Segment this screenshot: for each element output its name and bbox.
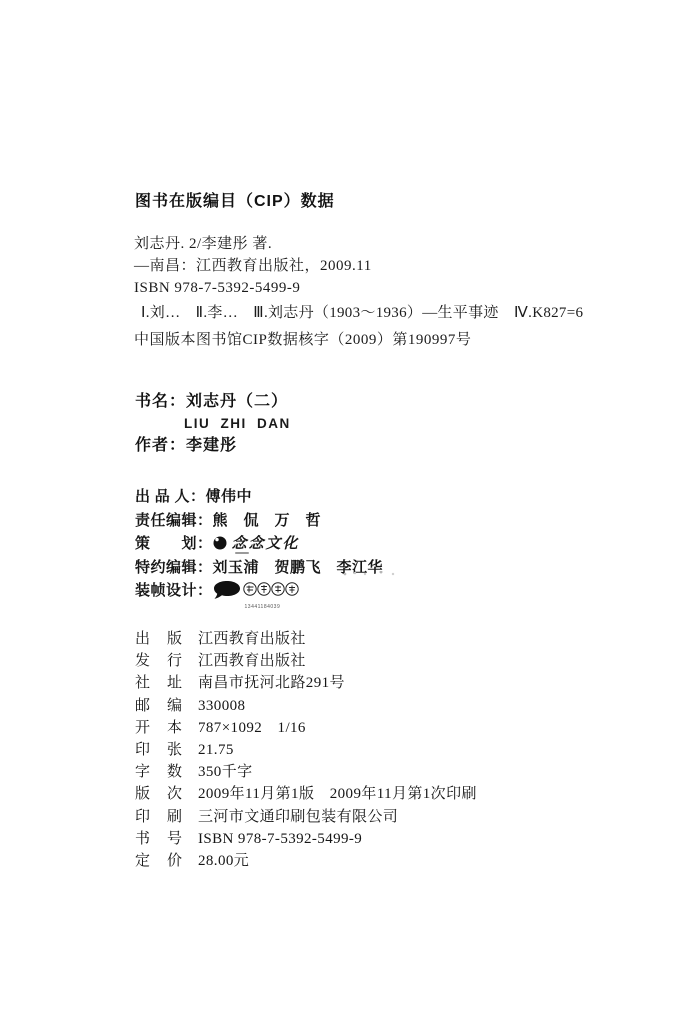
cip-record-number: 中国版本图书馆CIP数据核字（2009）第190997号 <box>134 328 471 349</box>
producer-label: 出 品 人： <box>135 489 206 505</box>
price-label: 定 价 <box>135 850 183 872</box>
tiny-illegible-mark <box>235 552 249 554</box>
publisher-label: 出 版 <box>135 628 183 650</box>
edition-value: 2009年11月第1版 2009年11月第1次印刷 <box>198 783 477 805</box>
address-row: 社 址南昌市抚河北路291号 <box>135 672 477 694</box>
contributing-editor-label: 特约编辑： <box>135 560 213 576</box>
cip-classification-line: Ⅰ.刘… Ⅱ.李… Ⅲ.刘志丹（1903～1936）—生平事迹 Ⅳ.K827=6 <box>141 301 583 322</box>
book-title: 刘志丹（二） <box>186 393 288 410</box>
editor-label: 责任编辑： <box>135 513 213 529</box>
author-row: 作者：李建彤 <box>135 434 291 457</box>
design-logo-digits: 13441184039 <box>245 596 281 620</box>
cip-header: 图书在版编目（CIP）数据 <box>135 188 335 211</box>
author-name: 李建彤 <box>186 437 237 454</box>
printer-row: 印 刷三河市文通印刷包装有限公司 <box>135 806 477 828</box>
design-label: 装帧设计： <box>135 583 213 599</box>
wordcount-row: 字 数350千字 <box>135 761 477 783</box>
distributor-value: 江西教育出版社 <box>198 650 306 672</box>
planner-logo-wrap: 念念文化 <box>213 533 300 557</box>
producer-name: 傅伟中 <box>206 489 253 505</box>
title-block: 书名：刘志丹（二） LIU ZHI DAN 作者：李建彤 <box>135 391 291 457</box>
sheets-row: 印 张21.75 <box>135 739 477 761</box>
isbn-label: 书 号 <box>135 828 183 850</box>
design-row: 装帧设计：13441184039 <box>135 580 383 604</box>
printer-label: 印 刷 <box>135 806 183 828</box>
editor-names: 熊 侃 万 哲 <box>213 513 322 529</box>
copyright-page: 图书在版编目（CIP）数据 刘志丹. 2/李建彤 著. —南昌：江西教育出版社，… <box>0 0 682 1024</box>
book-title-row: 书名：刘志丹（二） <box>135 391 291 413</box>
contributing-editor-row: 特约编辑：刘玉浦 贺鹏飞 李江华 <box>135 557 383 581</box>
format-value: 787×1092 1/16 <box>198 717 306 739</box>
printer-value: 三河市文通印刷包装有限公司 <box>198 806 398 828</box>
price-value: 28.00元 <box>198 850 249 872</box>
price-row: 定 价28.00元 <box>135 850 477 872</box>
planner-row: 策 划：念念文化 <box>135 533 383 557</box>
edition-row: 版 次2009年11月第1版 2009年11月第1次印刷 <box>135 783 477 805</box>
postcode-value: 330008 <box>198 695 245 717</box>
book-title-label: 书名： <box>135 393 186 410</box>
cip-description-block: 刘志丹. 2/李建彤 著. —南昌：江西教育出版社，2009.11 ISBN 9… <box>134 233 372 299</box>
sheets-value: 21.75 <box>198 739 234 761</box>
author-label: 作者： <box>135 437 186 454</box>
cip-publisher-line: —南昌：江西教育出版社，2009.11 <box>134 255 372 277</box>
design-studio-logo: 13441184039 <box>213 580 305 611</box>
isbn-value: ISBN 978-7-5392-5499-9 <box>198 828 362 850</box>
cip-isbn-line: ISBN 978-7-5392-5499-9 <box>134 277 372 299</box>
isbn-row: 书 号ISBN 978-7-5392-5499-9 <box>135 828 477 850</box>
planner-company-name: 念念文化 <box>232 536 300 552</box>
staff-block: 出 品 人：傅伟中 责任编辑：熊 侃 万 哲 策 划：念念文化 特约编辑：刘玉浦… <box>135 486 383 604</box>
edition-label: 版 次 <box>135 783 183 805</box>
format-row: 开 本787×1092 1/16 <box>135 717 477 739</box>
publisher-value: 江西教育出版社 <box>198 628 306 650</box>
address-value: 南昌市抚河北路291号 <box>198 672 345 694</box>
producer-row: 出 品 人：傅伟中 <box>135 486 383 510</box>
distributor-label: 发 行 <box>135 650 183 672</box>
wordcount-value: 350千字 <box>198 761 253 783</box>
wordcount-label: 字 数 <box>135 761 183 783</box>
black-circle-logo-icon <box>213 536 227 550</box>
format-label: 开 本 <box>135 717 183 739</box>
postcode-row: 邮 编330008 <box>135 695 477 717</box>
book-title-pinyin: LIU ZHI DAN <box>184 413 291 434</box>
editor-row: 责任编辑：熊 侃 万 哲 <box>135 510 383 534</box>
planner-label: 策 划： <box>135 536 213 552</box>
sheets-label: 印 张 <box>135 739 183 761</box>
cip-title-line: 刘志丹. 2/李建彤 著. <box>134 233 372 255</box>
pencil-scan-marks <box>341 571 399 576</box>
publisher-row: 出 版江西教育出版社 <box>135 628 477 650</box>
postcode-label: 邮 编 <box>135 695 183 717</box>
publishing-block: 出 版江西教育出版社 发 行江西教育出版社 社 址南昌市抚河北路291号 邮 编… <box>135 628 477 872</box>
address-label: 社 址 <box>135 672 183 694</box>
distributor-row: 发 行江西教育出版社 <box>135 650 477 672</box>
